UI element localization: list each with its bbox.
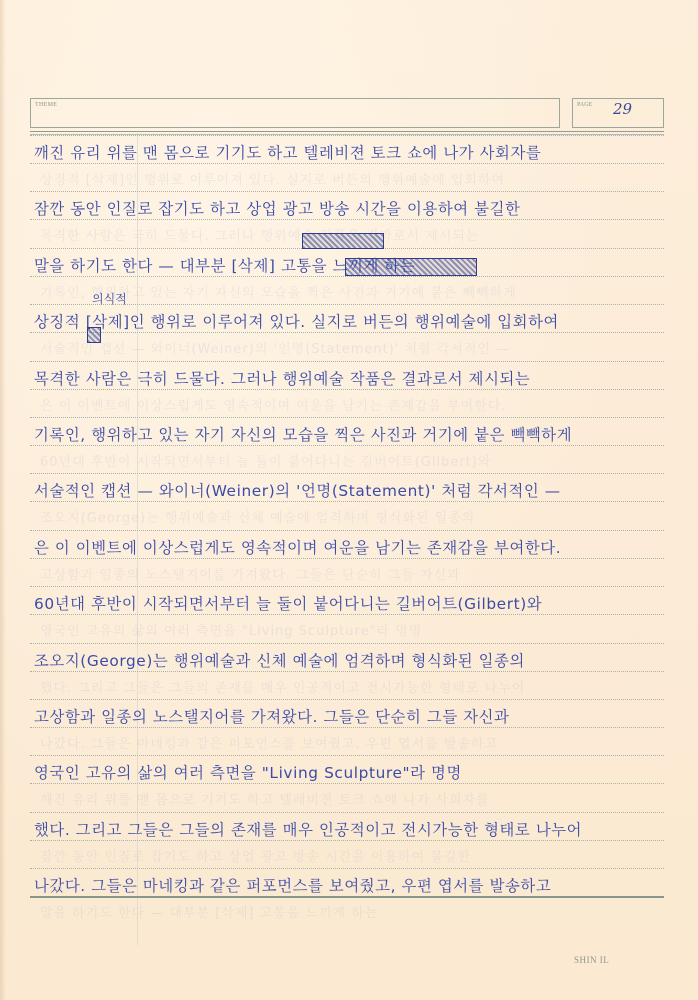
ruled-line bbox=[30, 332, 664, 333]
ruled-line bbox=[30, 473, 664, 474]
ruled-line bbox=[30, 868, 664, 869]
handwritten-line: 고상함과 일종의 노스탤지어를 가져왔다. 그들은 단순히 그들 자신과 bbox=[34, 705, 658, 727]
theme-label: THEME bbox=[35, 102, 57, 108]
handwritten-line: 서술적인 캡션 — 와이너(Weiner)의 '언명(Statement)' 처… bbox=[34, 479, 658, 501]
handwritten-line: 기록인, 행위하고 있는 자기 자신의 모습을 찍은 사진과 거기에 붙은 빽빽… bbox=[34, 423, 658, 445]
ruled-line bbox=[30, 417, 664, 418]
bleed-through-text: 잠깐 동안 인질로 잡기도 하고 상업 광고 방송 시간을 이용하여 불길한 bbox=[40, 846, 660, 865]
ruled-line bbox=[30, 445, 664, 446]
bleed-through-text: 영국인 고유의 삶의 여러 측면을 "Living Sculpture"라 명명 bbox=[40, 620, 660, 639]
handwritten-line: 나갔다. 그들은 마네킹과 같은 퍼포먼스를 보여줬고, 우편 엽서를 발송하고 bbox=[34, 874, 658, 896]
handwritten-line: 조오지(George)는 행위예술과 신체 예술에 엄격하며 형식화된 일종의 bbox=[34, 649, 658, 671]
ruled-line bbox=[30, 699, 664, 700]
crossed-out-char bbox=[87, 327, 101, 343]
ruled-line bbox=[30, 530, 664, 531]
bleed-through-text: 했다. 그리고 그들은 그들의 존재를 매우 인공적이고 전시가능한 형태로 나… bbox=[40, 677, 660, 696]
ruled-line bbox=[30, 501, 664, 502]
ruled-line bbox=[30, 163, 664, 164]
bleed-through-text: 상징적 [삭제]인 행위로 이루어져 있다. 실지로 버든의 행위예술에 입회하… bbox=[40, 169, 660, 188]
ruled-line bbox=[30, 614, 664, 615]
handwritten-line: 깨진 유리 위를 맨 몸으로 기기도 하고 텔레비젼 토크 쇼에 나가 사회자를 bbox=[34, 141, 658, 163]
ruled-line bbox=[30, 389, 664, 390]
ruled-line bbox=[30, 671, 664, 672]
insertion-note: 의식적 bbox=[92, 290, 127, 307]
bleed-through-text: 조오지(George)는 행위예술과 신체 예술에 엄격하며 형식화된 일종의 bbox=[40, 507, 660, 526]
ruled-line bbox=[30, 586, 664, 587]
handwritten-line: 은 이 이벤트에 이상스럽게도 영속적이며 여운을 남기는 존재감을 부여한다. bbox=[34, 536, 658, 558]
ruled-line bbox=[30, 219, 664, 220]
handwritten-line: 상징적 [삭제]인 행위로 이루어져 있다. 실지로 버든의 행위예술에 입회하… bbox=[34, 310, 658, 332]
ruled-line bbox=[30, 727, 664, 728]
ruled-line bbox=[30, 783, 664, 784]
ruled-line bbox=[30, 755, 664, 756]
ruled-line bbox=[30, 191, 664, 192]
handwritten-line: 영국인 고유의 삶의 여러 측면을 "Living Sculpture"라 명명 bbox=[34, 761, 658, 783]
footer-mark: SHIN IL bbox=[574, 955, 609, 965]
page-number: 29 bbox=[613, 100, 632, 118]
handwritten-line: 잠깐 동안 인질로 잡기도 하고 상업 광고 방송 시간을 이용하여 불길한 bbox=[34, 197, 658, 219]
ruled-line bbox=[30, 361, 664, 362]
ruled-line bbox=[30, 558, 664, 559]
bleed-through-text: 나갔다. 그들은 마네킹과 같은 퍼포먼스를 보여줬고, 우편 엽서를 발송하고 bbox=[40, 733, 660, 752]
bleed-through-text: 60년대 후반이 시작되면서부터 늘 둘이 붙어다니는 길버어트(Gilbert… bbox=[40, 451, 660, 470]
crossed-out-word bbox=[302, 233, 384, 249]
bleed-through-text: 은 이 이벤트에 이상스럽게도 영속적이며 여운을 남기는 존재감을 부여한다. bbox=[40, 395, 660, 414]
handwritten-line: 했다. 그리고 그들은 그들의 존재를 매우 인공적이고 전시가능한 형태로 나… bbox=[34, 818, 658, 840]
bleed-through-text: 기록인, 행위하고 있는 자기 자신의 모습을 찍은 사진과 거기에 붙은 빽빽… bbox=[40, 282, 660, 301]
page-box: PAGE 29 bbox=[572, 98, 664, 128]
page-binding-edge bbox=[0, 0, 6, 1000]
ruled-line bbox=[30, 840, 664, 841]
ruled-line bbox=[30, 812, 664, 813]
ruled-line bbox=[30, 135, 664, 136]
ruled-line bbox=[30, 643, 664, 644]
ruled-line bbox=[30, 896, 664, 898]
theme-box: THEME bbox=[30, 98, 560, 128]
bleed-through-text: 서술적인 캡션 — 와이너(Weiner)의 '언명(Statement)' 처… bbox=[40, 338, 660, 357]
bleed-through-text: 고상함과 일종의 노스탤지어를 가져왔다. 그들은 단순히 그들 자신과 bbox=[40, 564, 660, 583]
crossed-out-word bbox=[345, 258, 477, 276]
handwritten-line: 목격한 사람은 극히 드물다. 그러나 행위예술 작품은 결과로서 제시되는 bbox=[34, 367, 658, 389]
page-label: PAGE bbox=[577, 102, 592, 108]
bleed-through-text: 말을 하기도 한다 — 대부분 [삭제] 고통을 느끼게 하는 bbox=[40, 902, 660, 921]
bleed-through-text: 깨진 유리 위를 맨 몸으로 기기도 하고 텔레비젼 토크 쇼에 나가 사회자를 bbox=[40, 789, 660, 808]
handwritten-line: 60년대 후반이 시작되면서부터 늘 둘이 붙어다니는 길버어트(Gilbert… bbox=[34, 592, 658, 614]
